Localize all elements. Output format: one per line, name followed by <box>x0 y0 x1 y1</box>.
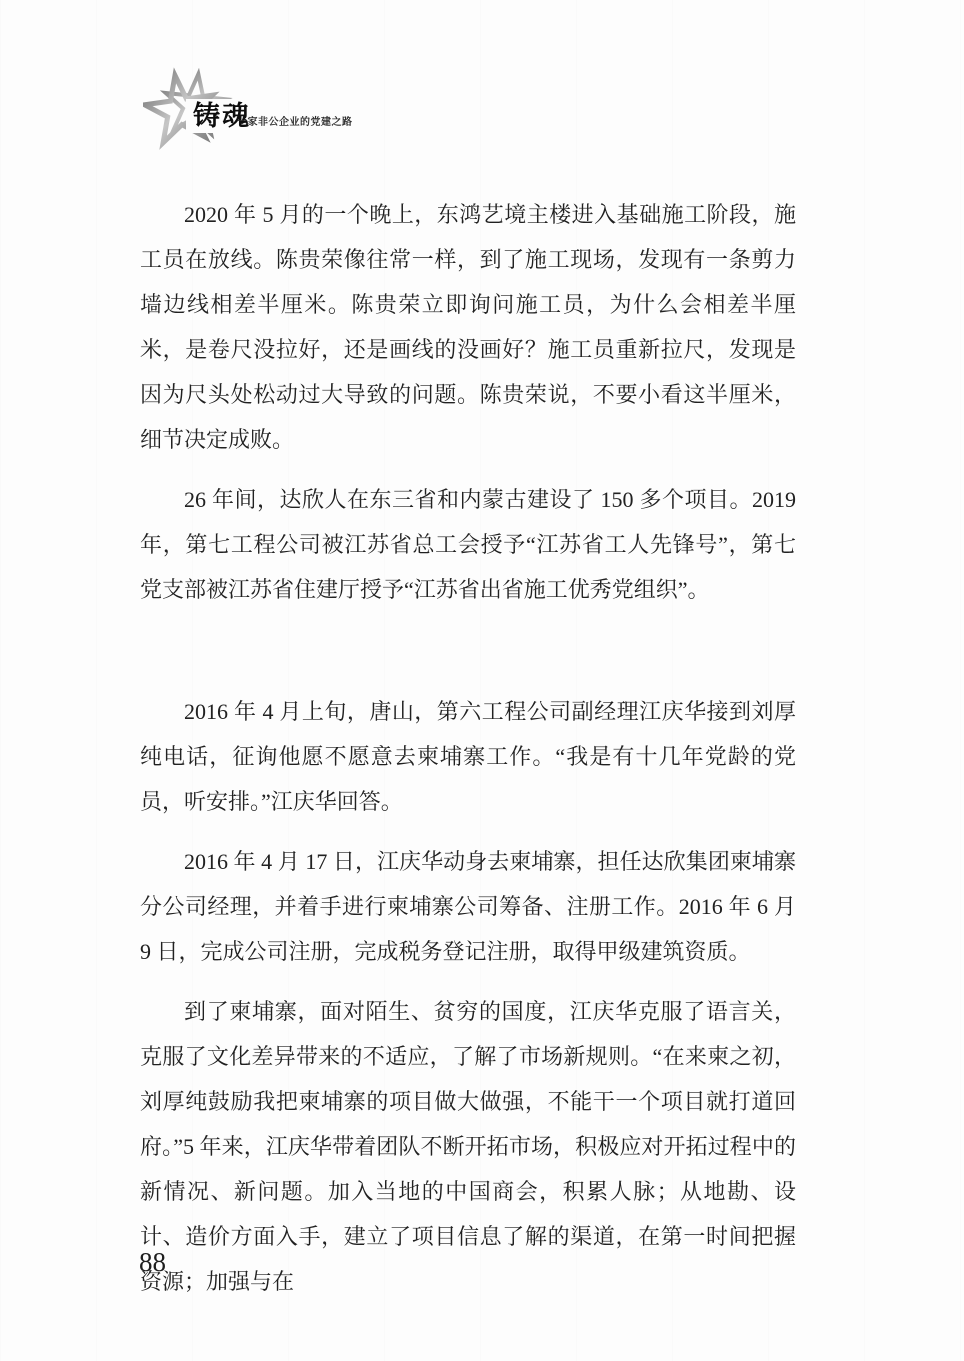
page-number: 88 <box>139 1247 166 1278</box>
paragraph-4: 2016 年 4 月 17 日，江庆华动身去柬埔寨，担任达欣集团柬埔寨分公司经理… <box>140 839 796 974</box>
book-page: 铸魂 一家非公企业的党建之路 2020 年 5 月的一个晚上，东鸿艺境主楼进入基… <box>0 0 964 1361</box>
paragraph-3: 2016 年 4 月上旬，唐山，第六工程公司副经理江庆华接到刘厚纯电话，征询他愿… <box>140 689 796 824</box>
paragraph-1: 2020 年 5 月的一个晚上，东鸿艺境主楼进入基础施工阶段，施工员在放线。陈贵… <box>140 192 796 462</box>
logo: 铸魂 一家非公企业的党建之路 <box>143 60 563 155</box>
section-break <box>140 627 796 689</box>
page-content: 2020 年 5 月的一个晚上，东鸿艺境主楼进入基础施工阶段，施工员在放线。陈贵… <box>140 192 796 1319</box>
paragraph-2: 26 年间，达欣人在东三省和内蒙古建设了 150 多个项目。2019 年，第七工… <box>140 477 796 612</box>
logo-subtitle: 一家非公企业的党建之路 <box>237 113 353 128</box>
paragraph-5: 到了柬埔寨，面对陌生、贫穷的国度，江庆华克服了语言关，克服了文化差异带来的不适应… <box>140 989 796 1304</box>
